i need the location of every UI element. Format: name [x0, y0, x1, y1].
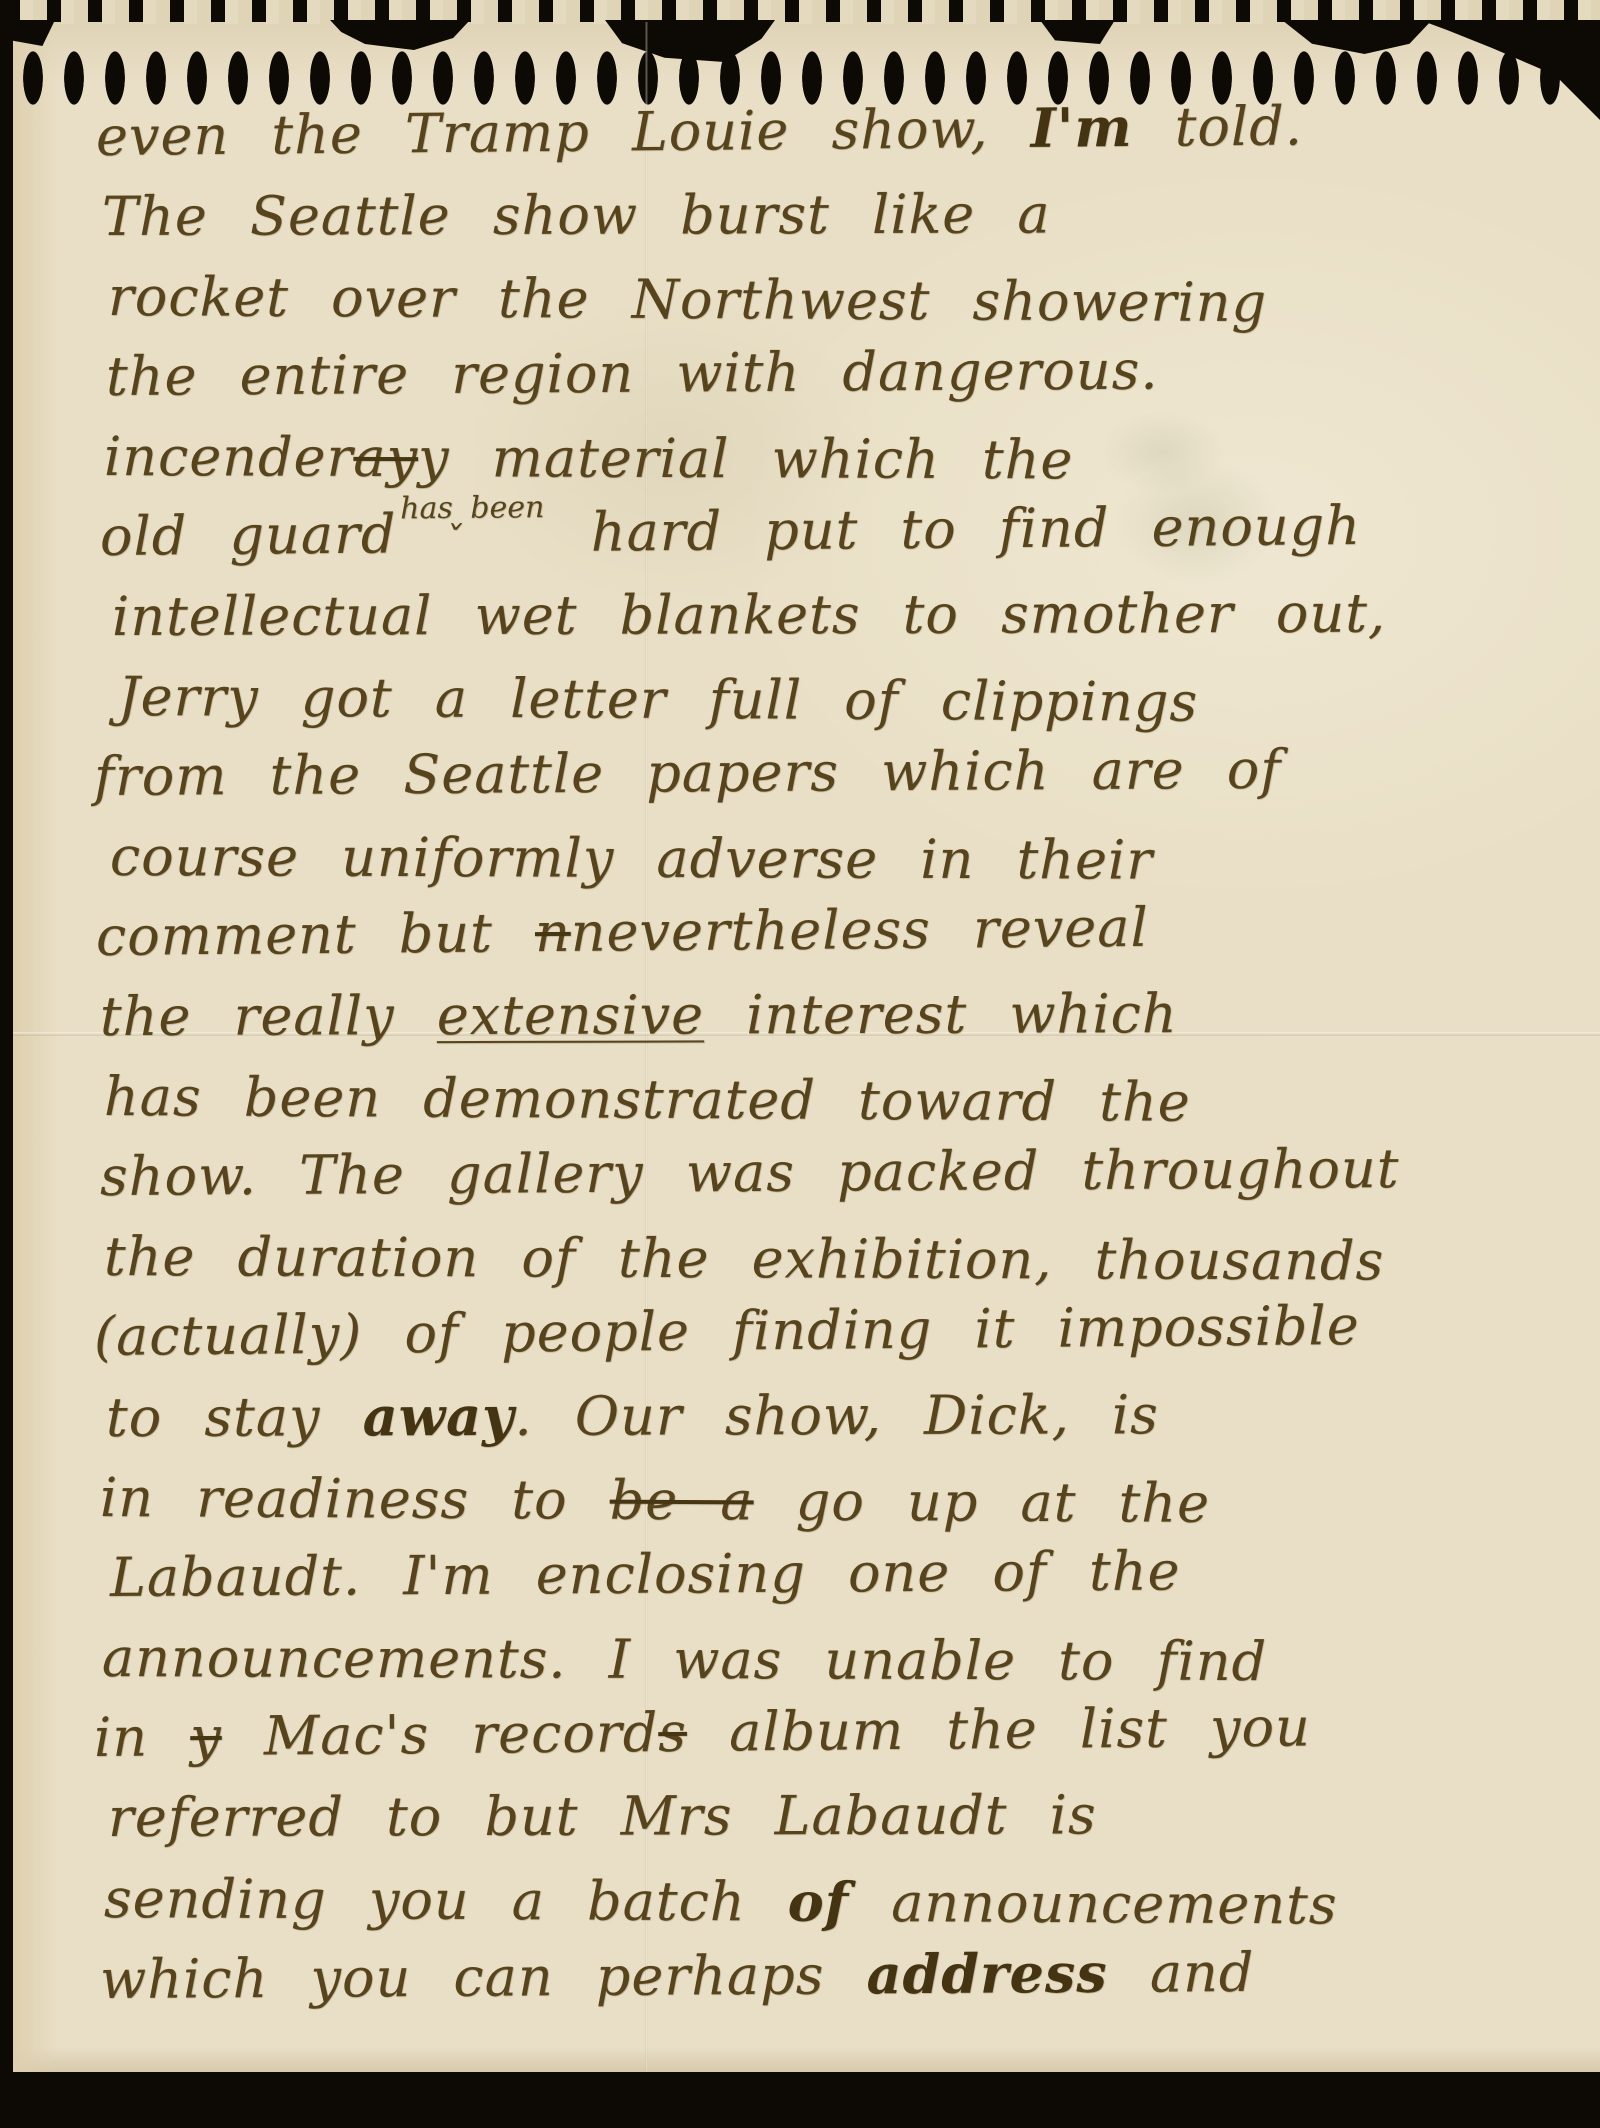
letter-line-segment: the duration of the exhibition, thousand… — [104, 1225, 1384, 1292]
letter-line: show. The gallery was packed throughout — [100, 1128, 1570, 1217]
letter-line-segment: Mac's record — [221, 1701, 658, 1768]
letter-line-segment: I'm — [1030, 95, 1132, 160]
letter-line-segment: s — [658, 1701, 687, 1764]
letter-line-segment: old guard — [100, 502, 397, 568]
letter-line-segment: away — [363, 1384, 515, 1448]
letter-line: the really extensive interest which — [100, 973, 1570, 1057]
letter-line-segment: hard put to find enough — [548, 494, 1361, 564]
letter-line: The Seattle show burst like a — [102, 173, 1570, 257]
letter-line: even the Tramp Louie show, I'm told. — [96, 83, 1571, 177]
letter-line-segment: Jerry got a letter full of clippings — [118, 665, 1198, 734]
letter-line: to stay away. Our show, Dick, is — [106, 1373, 1570, 1458]
letter-line: from the Seattle papers which are of — [94, 728, 1570, 817]
letter-line-segment: show. The gallery was packed throughout — [100, 1137, 1400, 1208]
letter-line-segment: announcements. I was unable to find — [102, 1626, 1267, 1693]
letter-line-segment: incender — [104, 425, 354, 489]
letter-line-segment: to stay — [106, 1385, 363, 1449]
letter-line-segment: has been demonstrated toward the — [104, 1065, 1191, 1134]
letter-line: old guardhas been hard put to find enoug… — [100, 484, 1571, 577]
letter-line-segment: address — [866, 1941, 1108, 2006]
letter-line-segment: sending you a batch — [104, 1867, 788, 1934]
letter-line: (actually) of people finding it impossib… — [94, 1284, 1571, 1377]
letter-line-segment: . Our show, Dick, is — [514, 1383, 1159, 1448]
letter-line-segment: interest which — [704, 982, 1178, 1046]
letter-line: the entire region with dangerous. — [106, 328, 1570, 417]
letter-line-segment: which you can perhaps — [100, 1943, 867, 2011]
letter-line-segment: announcements — [849, 1871, 1338, 1937]
letter-line-segment: intellectual wet blankets to smother out… — [112, 582, 1386, 648]
letter-line-segment: of — [788, 1870, 850, 1934]
letter-line-segment: be a — [610, 1469, 754, 1533]
letter-line: in y Mac's records album the list you — [94, 1685, 1571, 1778]
letter-line: Labaudt. I'm enclosing one of the — [110, 1529, 1570, 1618]
letter-body: even the Tramp Louie show, I'm told.The … — [78, 96, 1570, 2020]
letter-line-segment: even the Tramp Louie show, — [96, 97, 1031, 168]
letter-line: referred to but Mrs Labaudt is — [108, 1774, 1570, 1858]
letter-photograph: { "photo": { "description": "Handwritten… — [0, 0, 1600, 2128]
letter-line-segment: The Seattle show burst like a — [102, 183, 1051, 248]
letter-line-segment: comment but — [96, 901, 536, 968]
letter-line-segment: Labaudt. I'm enclosing one of the — [110, 1539, 1181, 1609]
letter-line-segment: in — [94, 1705, 191, 1769]
letter-line-segment: and — [1107, 1941, 1254, 2005]
letter-line-segment: y material which the — [418, 426, 1074, 491]
letter-line-segment: told. — [1132, 94, 1303, 158]
letter-line: which you can perhaps address and — [100, 1930, 1570, 2020]
letter-line-segment: album the list you — [687, 1695, 1311, 1763]
letter-line-segment: the entire region with dangerous. — [106, 339, 1159, 408]
letter-line-segment: y — [190, 1705, 222, 1768]
letter-line-segment: from the Seattle papers which are of — [94, 738, 1282, 808]
letter-line: intellectual wet blankets to smother out… — [112, 573, 1570, 657]
letter-line-segment: referred to but Mrs Labaudt is — [108, 1783, 1097, 1849]
letter-line-segment: n — [535, 901, 571, 964]
letter-line-segment: in readiness to — [100, 1466, 610, 1532]
letter-line-segment: has been — [400, 493, 544, 524]
letter-line: comment but nnevertheless reveal — [96, 884, 1571, 977]
letter-line-segment: extensive — [437, 983, 704, 1047]
letter-line-segment: course uniformly adverse in their — [110, 825, 1153, 892]
letter-line-segment: go up at the — [753, 1469, 1210, 1534]
letter-line-segment: the really — [100, 984, 437, 1048]
letter-line-segment: rocket over the Northwest showering — [108, 265, 1267, 334]
letter-line-segment: (actually) of people finding it impossib… — [94, 1294, 1360, 1368]
letter-line-segment: ay — [353, 426, 418, 489]
letter-line-segment: nevertheless reveal — [570, 896, 1148, 964]
